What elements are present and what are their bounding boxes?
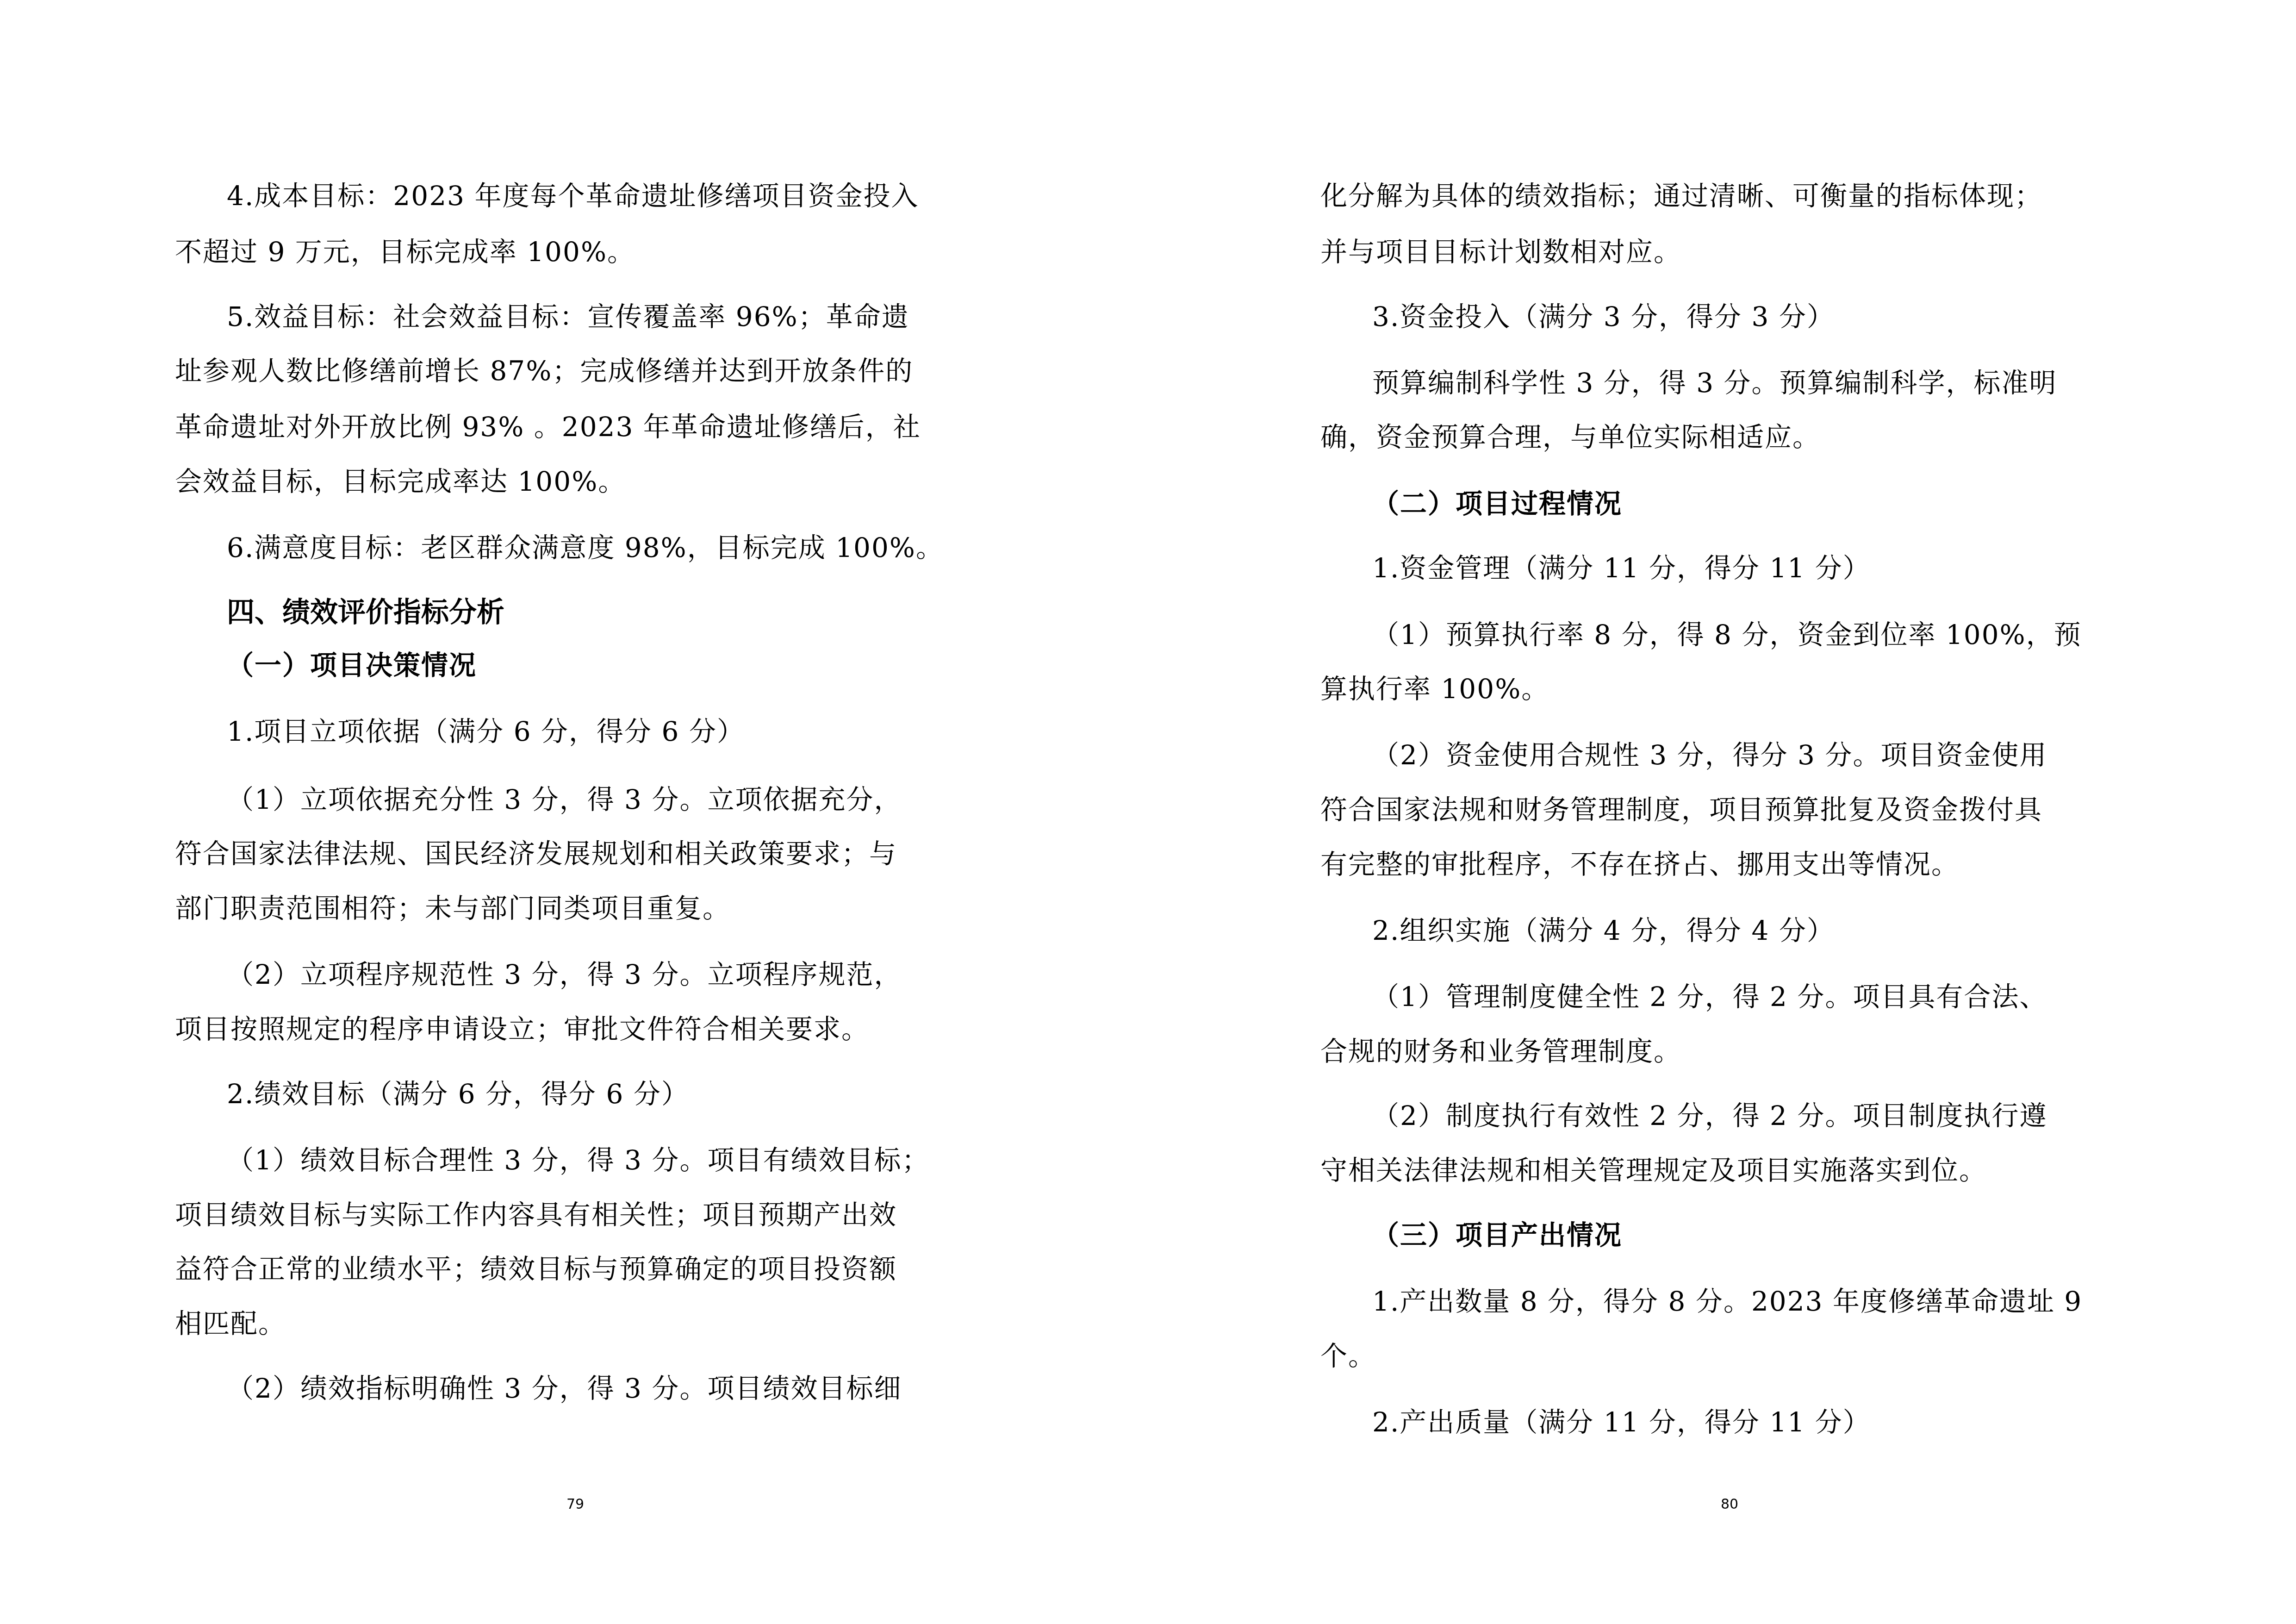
right-page: 化分解为具体的绩效指标；通过清晰、可衡量的指标体现；并与项目目标计划数相对应。3… [1148,0,2296,1624]
section-heading: 四、绩效评价指标分析 [227,596,504,629]
text-line: 5.效益目标：社会效益目标：宣传覆盖率 96%；革命遗 [227,300,909,333]
page-number-left: 79 [529,1496,622,1513]
text-line: （2）制度执行有效性 2 分，得 2 分。项目制度执行遵 [1372,1099,2047,1132]
text-line: 址参观人数比修缮前增长 87%；完成修缮并达到开放条件的 [175,355,913,387]
text-line: 1.产出数量 8 分，得分 8 分。2023 年度修缮革命遗址 9 [1372,1285,2082,1318]
text-line: （2）绩效指标明确性 3 分，得 3 分。项目绩效目标细 [227,1372,902,1405]
text-line: 1.项目立项依据（满分 6 分，得分 6 分） [227,715,745,748]
text-line: 守相关法律法规和相关管理规定及项目实施落实到位。 [1320,1154,1987,1187]
text-line: 有完整的审批程序，不存在挤占、挪用支出等情况。 [1320,848,1959,881]
text-line: 符合国家法律法规、国民经济发展规划和相关政策要求；与 [175,837,897,870]
subsection-heading: （三）项目产出情况 [1372,1219,1622,1251]
text-line: （2）立项程序规范性 3 分，得 3 分。立项程序规范， [227,958,902,991]
text-line: 2.组织实施（满分 4 分，得分 4 分） [1372,914,1835,947]
text-line: （1）预算执行率 8 分，得 8 分，资金到位率 100%，预 [1372,618,2082,651]
text-line: 算执行率 100%。 [1320,673,1549,705]
text-line: 不超过 9 万元，目标完成率 100%。 [175,236,635,268]
text-line: 4.成本目标：2023 年度每个革命遗址修缮项目资金投入 [227,180,919,212]
text-line: 革命遗址对外开放比例 93% 。2023 年革命遗址修缮后，社 [175,411,921,443]
text-line: 3.资金投入（满分 3 分，得分 3 分） [1372,300,1835,333]
text-line: （2）资金使用合规性 3 分，得分 3 分。项目资金使用 [1372,739,2047,771]
text-line: 1.资金管理（满分 11 分，得分 11 分） [1372,552,1871,584]
text-line: 部门职责范围相符；未与部门同类项目重复。 [175,892,730,924]
page-number-right: 80 [1683,1496,1776,1513]
text-line: 益符合正常的业绩水平；绩效目标与预算确定的项目投资额 [175,1253,897,1285]
subsection-heading: （二）项目过程情况 [1372,487,1622,520]
left-page: 4.成本目标：2023 年度每个革命遗址修缮项目资金投入不超过 9 万元，目标完… [0,0,1148,1624]
text-line: 会效益目标，目标完成率达 100%。 [175,465,626,498]
text-line: 相匹配。 [175,1307,286,1340]
text-line: 符合国家法规和财务管理制度，项目预算批复及资金拨付具 [1320,793,2042,826]
text-line: 2.产出质量（满分 11 分，得分 11 分） [1372,1406,1871,1438]
text-line: （1）绩效目标合理性 3 分，得 3 分。项目有绩效目标； [227,1144,929,1176]
text-line: 确，资金预算合理，与单位实际相适应。 [1320,421,1820,453]
text-line: （1）立项依据充分性 3 分，得 3 分。立项依据充分， [227,783,902,816]
text-line: 项目按照规定的程序申请设立；审批文件符合相关要求。 [175,1013,869,1045]
text-line: 化分解为具体的绩效指标；通过清晰、可衡量的指标体现； [1320,180,2042,212]
text-line: 合规的财务和业务管理制度。 [1320,1035,1681,1068]
text-line: 2.绩效目标（满分 6 分，得分 6 分） [227,1078,689,1110]
text-line: （1）管理制度健全性 2 分，得 2 分。项目具有合法、 [1372,981,2047,1013]
subsection-heading: （一）项目决策情况 [227,649,477,681]
text-line: 项目绩效目标与实际工作内容具有相关性；项目预期产出效 [175,1199,897,1231]
text-line: 6.满意度目标：老区群众满意度 98%，目标完成 100%。 [227,531,944,564]
text-line: 个。 [1320,1340,1376,1372]
text-line: 并与项目目标计划数相对应。 [1320,236,1681,268]
text-line: 预算编制科学性 3 分，得 3 分。预算编制科学，标准明 [1372,367,2057,399]
